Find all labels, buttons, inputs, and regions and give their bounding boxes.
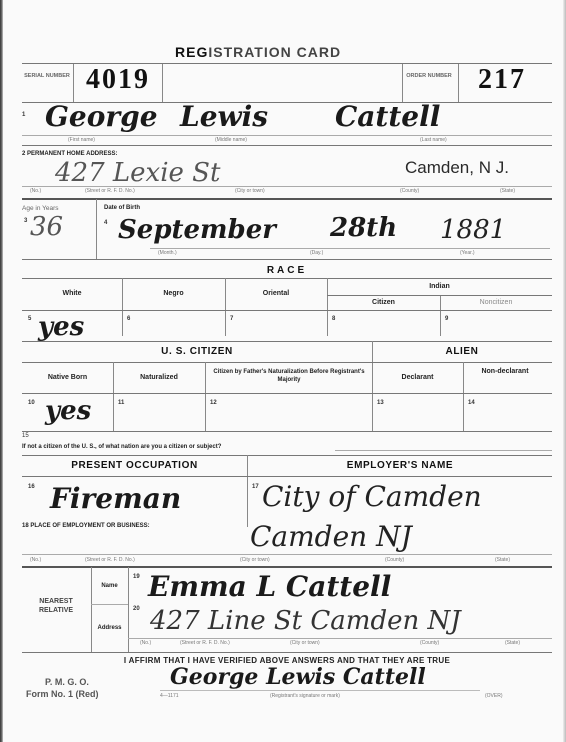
field-number: 15 [22, 433, 29, 439]
divider [22, 198, 552, 200]
native-born-value: yes [45, 396, 91, 426]
relative-sublabel: (City or town) [290, 640, 320, 646]
birth-year-value: 1881 [440, 215, 506, 245]
field-number: 3 [24, 218, 27, 224]
employment-sublabel: (City or town) [240, 557, 270, 563]
age-value: 36 [30, 212, 63, 242]
race-col-white: White [22, 290, 122, 298]
first-name-label: (First name) [68, 137, 95, 143]
divider [22, 145, 552, 146]
first-name-value: George [45, 100, 158, 133]
birth-month-value: September [118, 215, 276, 245]
last-name-value: Cattell [335, 100, 440, 133]
employer-value: City of Camden [262, 480, 482, 513]
card-left-edge [0, 0, 3, 742]
birth-day-value: 28th [330, 213, 397, 243]
race-col-oriental: Oriental [225, 290, 327, 298]
relative-address-value: 427 Line St Camden NJ [150, 606, 461, 636]
divider [22, 135, 552, 136]
divider [22, 259, 552, 260]
divider [22, 341, 552, 342]
divider [463, 362, 464, 431]
field-number: 16 [28, 484, 35, 490]
divider [22, 455, 552, 456]
birth-day-label: (Day.) [310, 250, 323, 256]
middle-name-label: (Middle name) [215, 137, 247, 143]
relative-sublabel: (No.) [140, 640, 151, 646]
over-label: (OVER) [485, 693, 503, 699]
divider [372, 341, 373, 431]
field-number: 4 [104, 220, 107, 226]
print-code: 4—1171 [160, 693, 179, 699]
divider [91, 604, 128, 605]
last-name-label: (Last name) [420, 137, 447, 143]
alien-col-declarant: Declarant [372, 374, 463, 382]
order-number-value: 217 [462, 64, 542, 96]
relative-name-label: Name [91, 582, 128, 590]
birth-month-label: (Month.) [158, 250, 177, 256]
home-address-label: 2 PERMANENT HOME ADDRESS: [22, 150, 117, 158]
divider [128, 567, 129, 652]
home-address-street: 427 Lexie St [55, 158, 220, 188]
divider [22, 362, 552, 363]
race-col-indian: Indian [327, 283, 552, 291]
employment-sublabel: (State) [495, 557, 510, 563]
employment-sublabel: (County) [385, 557, 404, 563]
employment-sublabel: (Street or R. F. D. No.) [85, 557, 135, 563]
field-number: 8 [332, 316, 335, 322]
field-number: 5 [28, 316, 31, 322]
divider [122, 278, 123, 336]
relative-name-value: Emma L Cattell [148, 570, 391, 603]
divider [96, 199, 97, 259]
home-address-city-stamp: Camden, N J. [405, 158, 509, 178]
divider [73, 64, 74, 102]
nation-question: If not a citizen of the U. S., of what n… [22, 443, 221, 451]
employment-sublabel: (No.) [30, 557, 41, 563]
field-number: 17 [252, 484, 259, 490]
field-number: 9 [445, 316, 448, 322]
divider [458, 64, 459, 102]
field-number: 20 [133, 606, 140, 612]
citizen-col-native: Native Born [22, 374, 113, 382]
us-citizen-heading: U. S. CITIZEN [22, 346, 372, 357]
employer-heading: EMPLOYER'S NAME [248, 460, 552, 471]
race-white-value: yes [38, 312, 84, 342]
registrant-signature: George Lewis Cattell [170, 664, 426, 690]
address-sublabel: (County) [400, 188, 419, 194]
race-col-negro: Negro [122, 290, 225, 298]
divider [113, 362, 114, 431]
serial-number-value: 4019 [78, 64, 158, 96]
field-number: 19 [133, 574, 140, 580]
occupation-value: Fireman [50, 482, 181, 515]
card-title: REGISTRATION CARD [175, 44, 405, 60]
address-sublabel: (State) [500, 188, 515, 194]
divider [335, 450, 552, 451]
address-sublabel: (No.) [30, 188, 41, 194]
field-number: 6 [127, 316, 130, 322]
field-number: 10 [28, 400, 35, 406]
field-number: 1 [22, 112, 25, 118]
divider [22, 186, 552, 187]
divider [402, 64, 403, 102]
form-code-pmgo: P. M. G. O. [45, 678, 89, 686]
nearest-relative-label: NEAREST RELATIVE [22, 597, 90, 615]
divider [160, 690, 480, 691]
relative-sublabel: (State) [505, 640, 520, 646]
address-sublabel: (City or town) [235, 188, 265, 194]
race-col-indian-citizen: Citizen [327, 299, 440, 307]
field-number: 13 [377, 400, 384, 406]
citizen-col-naturalized: Naturalized [113, 374, 205, 382]
employment-place-label: 18 PLACE OF EMPLOYMENT OR BUSINESS: [22, 522, 150, 530]
divider [150, 248, 550, 249]
employment-place-value: Camden NJ [250, 520, 412, 553]
divider [22, 566, 552, 568]
occupation-heading: PRESENT OCCUPATION [22, 460, 247, 471]
address-sublabel: (Street or R. F. D. No.) [85, 188, 135, 194]
form-number: Form No. 1 (Red) [26, 690, 99, 698]
relative-sublabel: (Street or R. F. D. No.) [180, 640, 230, 646]
birth-year-label: (Year.) [460, 250, 475, 256]
divider [162, 64, 163, 102]
divider [22, 431, 552, 432]
signature-label: (Registrant's signature or mark) [270, 693, 340, 699]
race-heading: RACE [22, 265, 552, 276]
relative-address-label: Address [91, 624, 128, 632]
divider [205, 362, 206, 431]
divider [22, 393, 552, 394]
divider [128, 638, 552, 639]
divider [225, 278, 226, 336]
order-number-label: ORDER NUMBER [404, 73, 454, 79]
citizen-col-fathers-naturalization: Citizen by Father's Naturalization Befor… [210, 368, 368, 384]
divider [91, 567, 92, 652]
divider [22, 310, 552, 311]
divider [22, 554, 552, 555]
divider [247, 455, 248, 527]
alien-col-non-declarant: Non-declarant [470, 368, 540, 376]
alien-heading: ALIEN [372, 346, 552, 357]
relative-sublabel: (County) [420, 640, 439, 646]
field-number: 14 [468, 400, 475, 406]
field-number: 7 [230, 316, 233, 322]
birth-date-label: Date of Birth [104, 204, 140, 212]
divider [22, 476, 552, 477]
middle-name-value: Lewis [180, 100, 268, 133]
divider [22, 278, 552, 279]
serial-number-label: SERIAL NUMBER [22, 73, 72, 79]
divider [22, 652, 552, 653]
race-col-indian-noncitizen: Noncitizen [440, 299, 552, 307]
field-number: 11 [118, 400, 124, 406]
divider [327, 295, 552, 296]
field-number: 12 [210, 400, 217, 406]
